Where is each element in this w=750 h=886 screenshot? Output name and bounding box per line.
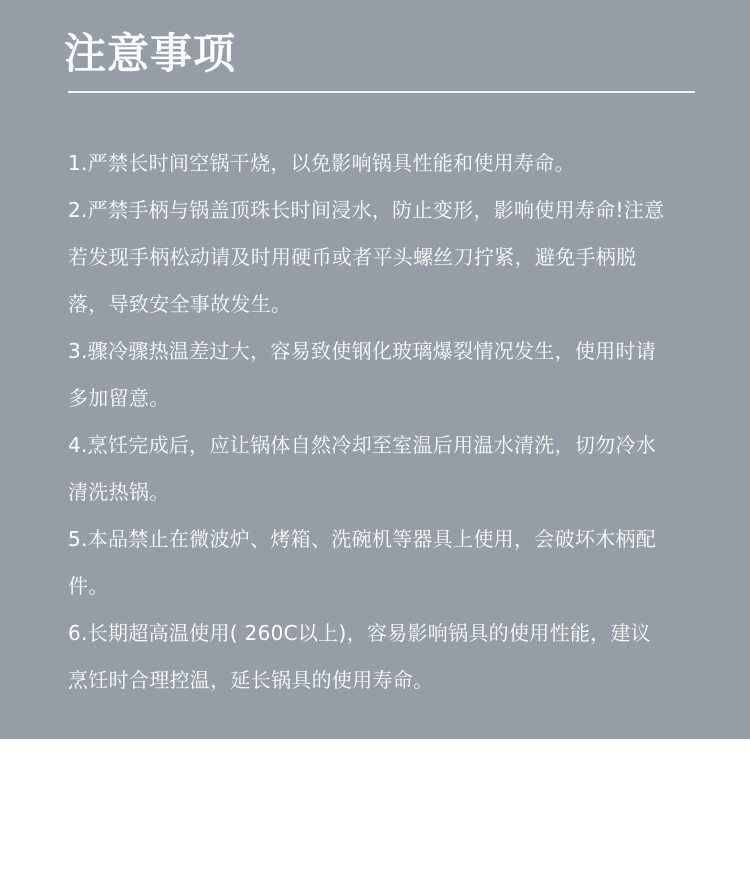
note-item: 1.严禁长时间空锅干烧，以免影响锅具性能和使用寿命。 [68,140,668,187]
notice-panel: 注意事项 1.严禁长时间空锅干烧，以免影响锅具性能和使用寿命。 2.严禁手柄与锅… [0,0,750,739]
title-divider [68,91,695,93]
note-item: 3.骤冷骤热温差过大，容易致使钢化玻璃爆裂情况发生，使用时请多加留意。 [68,328,668,422]
note-item: 5.本品禁止在微波炉、烤箱、洗碗机等器具上使用，会破坏木柄配件。 [68,516,668,610]
note-item: 6.长期超高温使用( 260C以上)，容易影响锅具的使用性能，建议烹饪时合理控温… [68,610,668,704]
page-title: 注意事项 [64,28,236,80]
note-item: 4.烹饪完成后，应让锅体自然冷却至室温后用温水清洗，切勿冷水清洗热锅。 [68,422,668,516]
notes-list: 1.严禁长时间空锅干烧，以免影响锅具性能和使用寿命。 2.严禁手柄与锅盖顶珠长时… [68,140,668,704]
note-item: 2.严禁手柄与锅盖顶珠长时间浸水，防止变形，影响使用寿命!注意若发现手柄松动请及… [68,187,668,328]
